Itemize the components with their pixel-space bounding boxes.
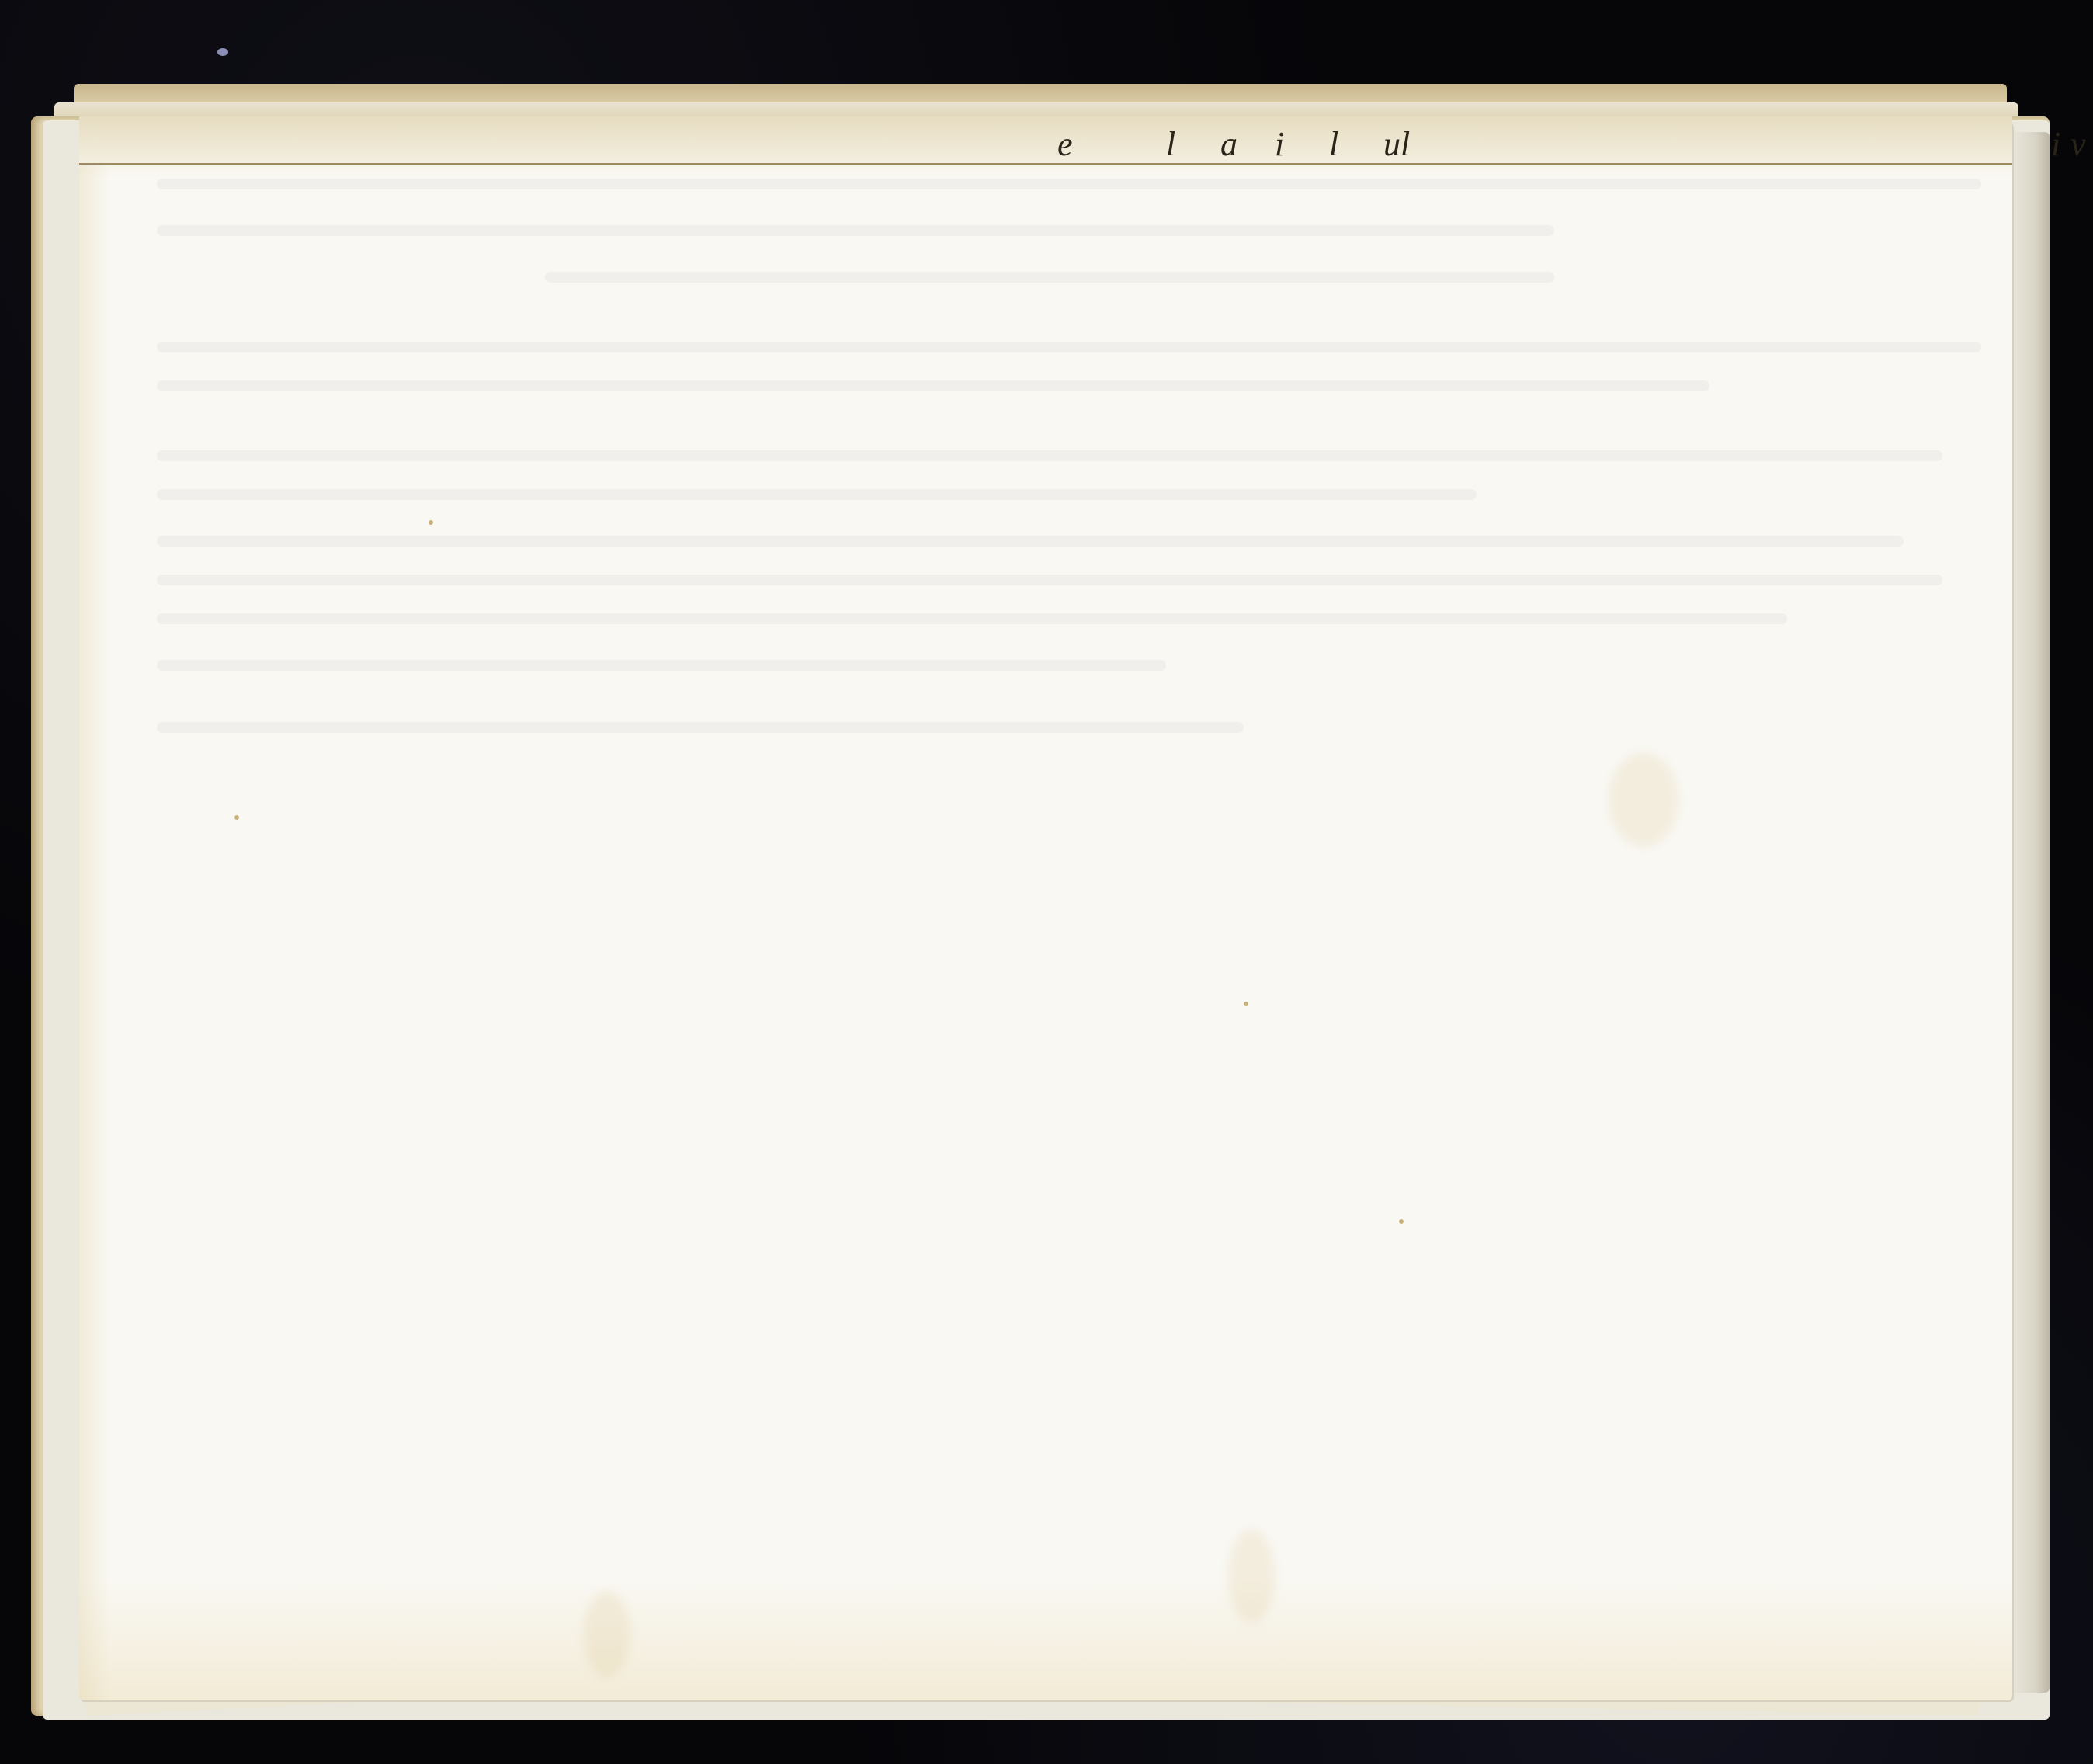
bleed-through-line (545, 272, 1554, 283)
bleed-through-line (157, 450, 1942, 461)
top-edge-strip: e l a i l ul i v (79, 116, 2012, 165)
bleed-through-line (157, 575, 1942, 585)
paper-stain (584, 1592, 630, 1677)
ink-fragment: v (2070, 127, 2086, 161)
bleed-through-line (157, 380, 1709, 391)
bleed-through-line (157, 179, 1981, 189)
paper-stain (1609, 753, 1678, 846)
ink-fragment: i (2051, 127, 2060, 161)
paper-speck (429, 520, 433, 525)
bleed-through-line (157, 225, 1554, 236)
bleed-through-line (157, 342, 1981, 352)
bleed-through-line (157, 722, 1244, 733)
ink-fragment: e (1057, 127, 1073, 161)
bleed-through-line (157, 489, 1477, 500)
ink-fragment: a (1220, 127, 1237, 161)
bleed-through-line (157, 536, 1904, 547)
ink-fragment: ul (1383, 127, 1410, 161)
paper-speck (234, 815, 239, 820)
ink-fragment: l (1329, 127, 1338, 161)
notebook-page: e l a i l ul i v (79, 116, 2012, 1700)
paper-speck (1244, 1002, 1248, 1006)
bleed-through-line (157, 613, 1787, 624)
paper-stain (1228, 1530, 1275, 1623)
bleed-through-line (157, 660, 1166, 671)
ink-fragment: i (1275, 127, 1284, 161)
ink-fragment: l (1166, 127, 1175, 161)
paper-speck (1399, 1219, 1404, 1224)
lint-speck (217, 48, 228, 56)
